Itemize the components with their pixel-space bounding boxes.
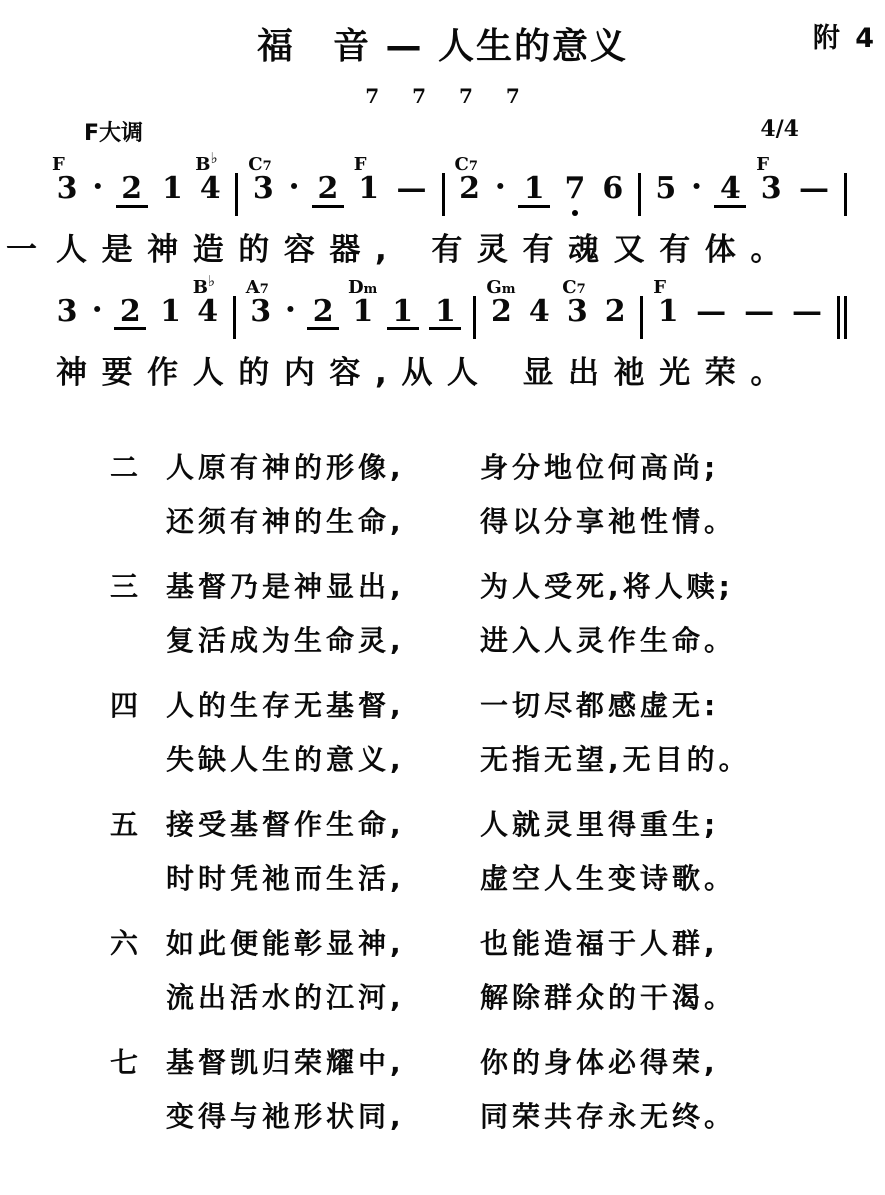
verse-line: 四人的生存无基督,一切尽都感虚无: (110, 679, 885, 733)
measure: 1F——— (645, 296, 835, 328)
hymn-number: 附 4 (813, 16, 877, 55)
verse-line: 五接受基督作生命,人就灵里得重生; (110, 798, 885, 852)
chord-root: F (52, 154, 65, 175)
note: 5 (653, 173, 679, 205)
verse-text-right: 得以分享祂性情。 (480, 495, 885, 549)
note: 1F (655, 296, 681, 328)
note: 4 (526, 296, 552, 328)
verse-number (110, 852, 166, 906)
verse-line: 流出活水的江河,解除群众的干渴。 (110, 971, 885, 1025)
lyric-segment: 神要作人的内容,从人 (56, 354, 492, 393)
measure: 3•214B♭ (52, 296, 231, 331)
verse-text-right: 进入人灵作生命。 (480, 614, 885, 668)
note: 7 (562, 173, 588, 205)
verse-text-left: 基督凯归荣耀中, (166, 1036, 480, 1090)
music-line-1: 3F•214B♭3C7•21F—2C7•1765•43F— (52, 147, 849, 216)
chord-quality: 7 (263, 159, 272, 174)
verse-text-left: 如此便能彰显神, (166, 917, 480, 971)
measure: 5•43F— (643, 173, 842, 208)
measure: 2Gm43C72 (478, 296, 638, 328)
note: 1 (429, 296, 461, 331)
verse-number: 五 (110, 798, 166, 852)
verse-line: 时时凭祂而生活,虚空人生变诗歌。 (110, 852, 885, 906)
verse-number (110, 733, 166, 787)
verse-line: 六如此便能彰显神,也能造福于人群, (110, 917, 885, 971)
verse-text-left: 接受基督作生命, (166, 798, 480, 852)
verse-line: 七基督凯归荣耀中,你的身体必得荣, (110, 1036, 885, 1090)
barline (473, 296, 476, 339)
chord-label: Gm (486, 279, 515, 297)
verse: 四人的生存无基督,一切尽都感虚无:失缺人生的意义,无指无望,无目的。 (0, 679, 885, 787)
barline (640, 296, 643, 339)
chord-root: C (562, 277, 576, 298)
chord-label: C7 (562, 279, 585, 297)
note: 2Gm (488, 296, 514, 328)
verse-text-left: 人的生存无基督, (166, 679, 480, 733)
note: 2C7 (457, 173, 483, 205)
chord-root: C (248, 154, 262, 175)
barline (638, 173, 641, 216)
verse-number: 六 (110, 917, 166, 971)
verse-text-right: 为人受死,将人赎; (480, 560, 885, 614)
note: 3F (54, 173, 80, 205)
dot-separator: • (691, 179, 703, 197)
note: 3C7 (564, 296, 590, 328)
hymn-sheet-page: 福 音 — 人生的意义 附 4 7 7 7 7 F大调 4/4 3F•214B♭… (0, 0, 885, 1195)
dot-separator: • (288, 179, 300, 197)
stanza-number: 一 (6, 231, 56, 270)
verse-number (110, 1090, 166, 1144)
end-barline (844, 173, 847, 216)
dot-separator: • (91, 302, 103, 320)
chord-quality: 7 (577, 282, 586, 297)
measure: 3C7•21F— (240, 173, 439, 208)
verse: 三基督乃是神显出,为人受死,将人赎;复活成为生命灵,进入人灵作生命。 (0, 560, 885, 668)
verse-text-left: 还须有神的生命, (166, 495, 480, 549)
lyric-line: 神要作人的内容,从人显出祂光荣。 (56, 354, 796, 393)
verse-text-left: 流出活水的江河, (166, 971, 480, 1025)
verse-text-right: 同荣共存永无终。 (480, 1090, 885, 1144)
chord-label: C7 (455, 156, 478, 174)
note: 1F (356, 173, 382, 205)
chord-label: F (354, 156, 367, 174)
verse-number: 七 (110, 1036, 166, 1090)
key-label: F大调 (84, 116, 143, 147)
chord-label: F (52, 156, 65, 174)
verse-text-left: 变得与祂形状同, (166, 1090, 480, 1144)
verse-number (110, 614, 166, 668)
note: 3A7 (248, 296, 274, 328)
verse-line: 三基督乃是神显出,为人受死,将人赎; (110, 560, 885, 614)
key-time-row: F大调 4/4 (0, 116, 885, 147)
chord-quality: m (502, 282, 516, 297)
verse-line: 复活成为生命灵,进入人灵作生命。 (110, 614, 885, 668)
lyric-segment: 有灵有魂又有体。 (431, 231, 796, 270)
chord-label: F (653, 279, 666, 297)
verse-text-right: 人就灵里得重生; (480, 798, 885, 852)
note: 1 (159, 173, 185, 205)
note: 4 (714, 173, 746, 208)
chord-quality: ♭ (210, 149, 217, 167)
low-octave-dot (572, 210, 578, 216)
dot-separator: • (92, 179, 104, 197)
verse-number: 三 (110, 560, 166, 614)
verse-text-left: 基督乃是神显出, (166, 560, 480, 614)
note: 1Dm (350, 296, 376, 328)
dash-note: — (693, 296, 729, 328)
verse: 五接受基督作生命,人就灵里得重生;时时凭祂而生活,虚空人生变诗歌。 (0, 798, 885, 906)
barline (442, 173, 445, 216)
verse-text-right: 也能造福于人群, (480, 917, 885, 971)
note: 2 (307, 296, 339, 331)
verse: 二人原有神的形像,身分地位何高尚;还须有神的生命,得以分享祂性情。 (0, 441, 885, 549)
verse-text-right: 虚空人生变诗歌。 (480, 852, 885, 906)
dot-separator: • (284, 302, 296, 320)
note: 1 (387, 296, 419, 331)
time-signature: 4/4 (760, 116, 799, 147)
note: 3F (758, 173, 784, 205)
verse-text-left: 人原有神的形像, (166, 441, 480, 495)
note: 3C7 (250, 173, 276, 205)
verse-text-right: 无指无望,无目的。 (480, 733, 885, 787)
dash-note: — (796, 173, 832, 205)
chord-root: F (653, 277, 666, 298)
verse-text-left: 复活成为生命灵, (166, 614, 480, 668)
note: 1 (158, 296, 184, 328)
lyric-segment: 显出祂光荣。 (522, 354, 795, 393)
page-title: 福 音 — 人生的意义 (0, 18, 885, 69)
dash-note: — (394, 173, 430, 205)
chord-root: F (354, 154, 367, 175)
verse-text-left: 时时凭祂而生活, (166, 852, 480, 906)
note: 2 (116, 173, 148, 208)
verse: 六如此便能彰显神,也能造福于人群,流出活水的江河,解除群众的干渴。 (0, 917, 885, 1025)
chord-root: A (246, 277, 260, 298)
dot-separator: • (494, 179, 506, 197)
chord-quality: ♭ (208, 272, 215, 290)
meter-label: 7 7 7 7 (0, 84, 885, 108)
verse-line: 变得与祂形状同,同荣共存永无终。 (110, 1090, 885, 1144)
note: 6 (600, 173, 626, 205)
verse-text-right: 一切尽都感虚无: (480, 679, 885, 733)
note: 2 (602, 296, 628, 328)
chord-label: A7 (246, 279, 269, 297)
lyric-segment: 人是神造的容器, (56, 231, 401, 270)
chord-label: C7 (248, 156, 271, 174)
end-barline (837, 296, 847, 339)
chord-quality: 7 (260, 282, 269, 297)
chord-root: G (486, 277, 501, 298)
lyric-line: 人是神造的容器,有灵有魂又有体。 (56, 231, 796, 270)
dash-note: — (741, 296, 777, 328)
note: 3 (54, 296, 80, 328)
chord-label: B♭ (193, 274, 215, 297)
verse-line: 失缺人生的意义,无指无望,无目的。 (110, 733, 885, 787)
verse-text-left: 失缺人生的意义, (166, 733, 480, 787)
barline (233, 296, 236, 339)
music-line-2: 3•214B♭3A7•21Dm112Gm43C721F——— (52, 270, 849, 339)
note: 2 (114, 296, 146, 331)
dash-note: — (789, 296, 825, 328)
barline (235, 173, 238, 216)
note: 4B♭ (195, 296, 221, 328)
measure: 2C7•176 (447, 173, 636, 208)
note: 4B♭ (197, 173, 223, 205)
chord-quality: m (364, 282, 378, 297)
verses: 二人原有神的形像,身分地位何高尚;还须有神的生命,得以分享祂性情。三基督乃是神显… (0, 441, 885, 1144)
note: 2 (312, 173, 344, 208)
chord-root: F (756, 154, 769, 175)
lyric-row-2: 神要作人的内容,从人显出祂光荣。 (6, 354, 885, 393)
header: 福 音 — 人生的意义 附 4 7 7 7 7 F大调 4/4 (0, 0, 885, 147)
chord-root: B (193, 277, 208, 298)
verse-number (110, 495, 166, 549)
chord-label: B♭ (195, 151, 217, 174)
chord-label: F (756, 156, 769, 174)
chord-root: B (195, 154, 210, 175)
chord-label: Dm (348, 279, 377, 297)
verse-number: 四 (110, 679, 166, 733)
verse-line: 还须有神的生命,得以分享祂性情。 (110, 495, 885, 549)
measure: 3A7•21Dm11 (238, 296, 472, 331)
verse-text-right: 解除群众的干渴。 (480, 971, 885, 1025)
lyric-row-1: 一人是神造的容器,有灵有魂又有体。 (6, 231, 885, 270)
verse-number: 二 (110, 441, 166, 495)
verse-number (110, 971, 166, 1025)
chord-root: D (348, 277, 364, 298)
verse: 七基督凯归荣耀中,你的身体必得荣,变得与祂形状同,同荣共存永无终。 (0, 1036, 885, 1144)
verse-text-right: 身分地位何高尚; (480, 441, 885, 495)
chord-root: C (455, 154, 469, 175)
verse-line: 二人原有神的形像,身分地位何高尚; (110, 441, 885, 495)
measure: 3F•214B♭ (52, 173, 233, 208)
verse-text-right: 你的身体必得荣, (480, 1036, 885, 1090)
note: 1 (518, 173, 550, 208)
chord-quality: 7 (469, 159, 478, 174)
